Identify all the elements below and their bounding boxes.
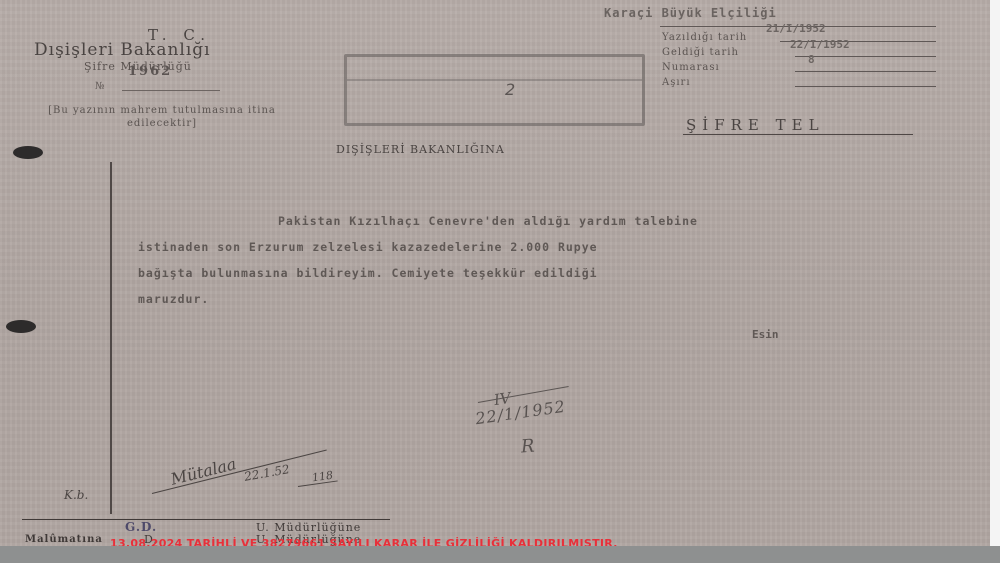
- declassification-stamp: 13.08.2024 TARİHLİ VE 38279661 SAYILI KA…: [110, 537, 618, 546]
- stamp-box: [344, 54, 645, 126]
- field-rule-extra: [795, 86, 936, 87]
- field-label-written-date: Yazıldığı tarih: [662, 32, 747, 43]
- field-label-received-date: Geldiği tarih: [662, 47, 739, 58]
- field-rule-received-date: [795, 56, 936, 57]
- body-line: bağışta bulunmasına bildireyim. Cemiyete…: [138, 260, 968, 286]
- footer-gd: G.D.: [125, 520, 157, 534]
- footer-information-label: Malûmatına: [25, 534, 103, 545]
- page-edge: [990, 0, 1000, 546]
- unit-number: 1962: [128, 64, 172, 79]
- ministry-name: Dışişleri Bakanlığı: [34, 40, 211, 60]
- confidentiality-note: [Bu yazının mahrem tutulmasına itina edi…: [32, 104, 292, 130]
- field-label-extra: Aşırı: [662, 77, 691, 88]
- field-label-number: Numarası: [662, 62, 720, 73]
- field-value-written-date: 21/I/1952: [766, 22, 826, 35]
- addressee: DIŞİŞLERİ BAKANLIĞINA: [336, 143, 505, 156]
- viewer-bottom-band: [0, 546, 1000, 563]
- handwritten-note: Mütalaa: [169, 454, 238, 489]
- handwritten-initial: R: [520, 436, 535, 458]
- number-label: №: [95, 81, 104, 92]
- margin-line: [110, 162, 112, 514]
- binder-hole-top: [13, 146, 43, 159]
- handwritten-margin-initials: K.b.: [64, 488, 88, 502]
- embassy-name: Karaçi Büyük Elçiliği: [604, 6, 777, 20]
- cipher-title-underline: [683, 134, 913, 135]
- body-line: Pakistan Kızılhaçı Cenevre'den aldığı ya…: [138, 208, 968, 234]
- stamp-divider: [347, 79, 642, 81]
- handwritten-date: 22/1/1952: [474, 397, 567, 428]
- signature: Esin: [752, 328, 779, 341]
- field-value-received-date: 22/I/1952: [790, 38, 850, 51]
- cipher-telegram-title: ŞİFRE TEL: [686, 116, 825, 134]
- document-page: T. C. Dışişleri Bakanlığı Şifre Müdürlüğ…: [0, 0, 990, 546]
- number-rule: [122, 90, 220, 91]
- body-line: istinaden son Erzurum zelzelesi kazazede…: [138, 234, 968, 260]
- binder-hole-bottom: [6, 320, 36, 333]
- footer-rule: [22, 519, 390, 520]
- message-body: Pakistan Kızılhaçı Cenevre'den aldığı ya…: [138, 208, 968, 312]
- body-line: maruzdur.: [138, 286, 968, 312]
- stamp-number: 2: [505, 80, 515, 99]
- handwritten-note-date: 22.1.52: [243, 462, 291, 484]
- field-rule-number: [795, 71, 936, 72]
- field-value-number: 8: [808, 53, 815, 66]
